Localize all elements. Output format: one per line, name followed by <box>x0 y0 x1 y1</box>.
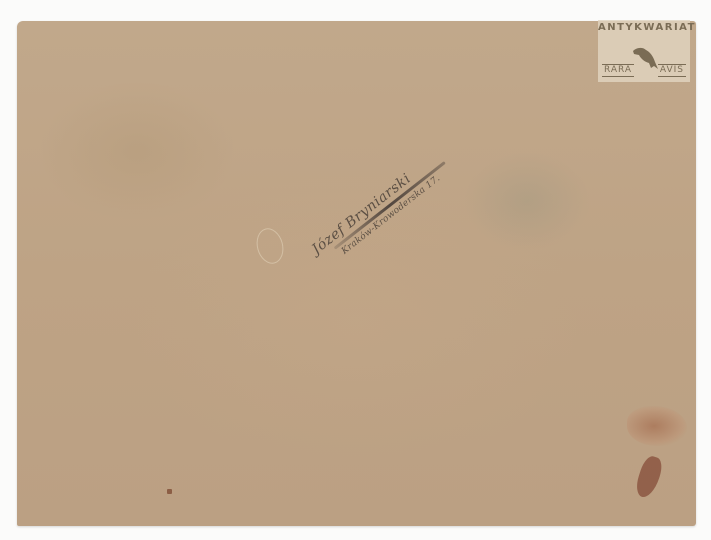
stamp-flourish <box>334 161 446 250</box>
bird-icon <box>631 42 659 70</box>
embossed-oval-mark <box>253 225 287 267</box>
stain-upper <box>627 406 687 446</box>
stain-lower <box>633 454 665 500</box>
photo-card-back: Józef Bryniarski Kraków-Krowoderska 17. <box>17 21 696 526</box>
small-stain-dot <box>167 489 172 494</box>
antiquarian-watermark: ANTYKWARIAT RARA AVIS <box>598 20 690 82</box>
watermark-right-text: AVIS <box>658 64 686 77</box>
photographer-stamp: Józef Bryniarski Kraków-Krowoderska 17. <box>309 153 452 277</box>
watermark-left-text: RARA <box>602 64 634 77</box>
watermark-title: ANTYKWARIAT <box>598 22 690 33</box>
